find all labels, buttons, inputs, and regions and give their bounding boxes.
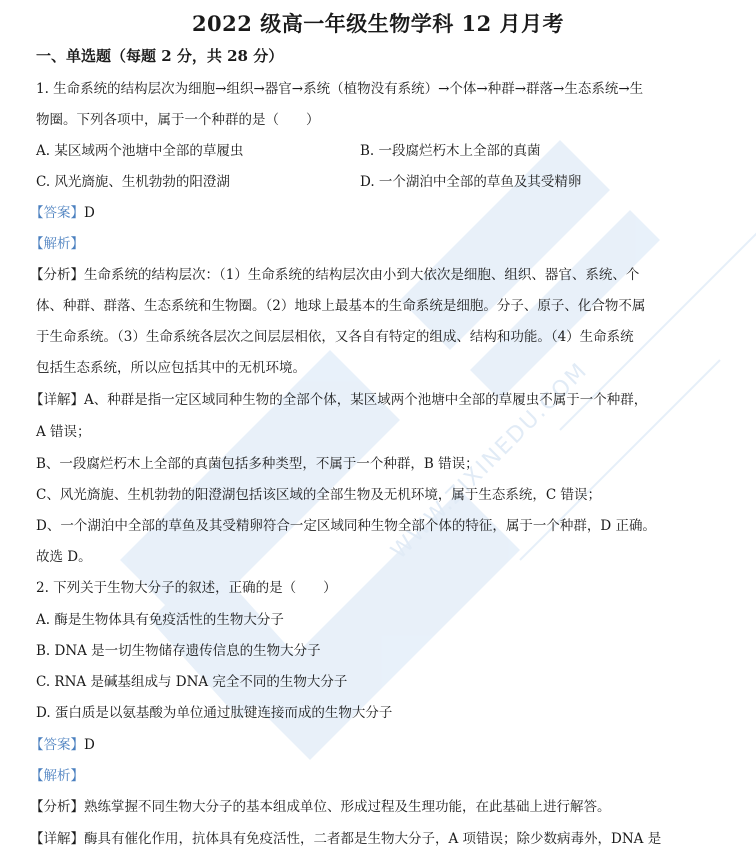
fenxi-text: 生命系统的结构层次：（1）生命系统的结构层次由小到大依次是细胞、组织、器官、系统… — [84, 267, 639, 283]
q1-fenxi-line3: 于生命系统。（3）生命系统各层次之间层层相依，又各自有特定的组成、结构和功能。（… — [36, 328, 634, 346]
q1-option-b: B. 一段腐烂朽木上全部的真菌 — [360, 142, 541, 160]
fenxi-label: 【分析】 — [30, 799, 84, 815]
q1-option-d: D. 一个湖泊中全部的草鱼及其受精卵 — [360, 173, 581, 191]
analysis-label: 【解析】 — [30, 768, 84, 784]
q1-option-c: C. 风光旖旎、生机勃勃的阳澄湖 — [36, 173, 230, 191]
q1-fenxi-line1: 【分析】生命系统的结构层次：（1）生命系统的结构层次由小到大依次是细胞、组织、器… — [30, 266, 639, 284]
q2-option-b: B. DNA 是一切生物储存遗传信息的生物大分子 — [36, 642, 321, 660]
q1-analysis-heading: 【解析】 — [30, 235, 84, 253]
q1-xiangjie-line2: A 错误； — [36, 423, 91, 441]
q2-option-d: D. 蛋白质是以氨基酸为单位通过肽键连接而成的生物大分子 — [36, 704, 392, 722]
xiangjie-label: 【详解】 — [30, 831, 84, 847]
answer-value: D — [84, 205, 95, 221]
section-heading: 一、单选题（每题 2 分，共 28 分） — [36, 47, 283, 65]
q1-fenxi-line2: 体、种群、群落、生态系统和生物圈。（2）地球上最基本的生命系统是细胞。分子、原子… — [36, 297, 645, 315]
xiangjie-text: A、种群是指一定区域同种生物的全部个体，某区域两个池塘中全部的草履虫不属于一个种… — [84, 392, 647, 408]
q1-stem-line2: 物圈。下列各项中，属于一个种群的是（ ） — [36, 111, 320, 129]
q2-answer: 【答案】D — [30, 736, 95, 754]
q1-xiangjie-line6: 故选 D。 — [36, 548, 92, 566]
q2-analysis-heading: 【解析】 — [30, 767, 84, 785]
q2-fenxi-line1: 【分析】熟练掌握不同生物大分子的基本组成单位、形成过程及生理功能，在此基础上进行… — [30, 798, 611, 816]
q1-option-a: A. 某区域两个池塘中全部的草履虫 — [36, 142, 243, 160]
answer-label: 【答案】 — [30, 205, 84, 221]
answer-label: 【答案】 — [30, 737, 84, 753]
q1-xiangjie-line4: C、风光旖旎、生机勃勃的阳澄湖包括该区域的全部生物及无机环境，属于生态系统，C … — [36, 486, 601, 504]
q1-xiangjie-line5: D、一个湖泊中全部的草鱼及其受精卵符合一定区域同种生物全部个体的特征，属于一个种… — [36, 517, 656, 535]
q1-xiangjie-line3: B、一段腐烂朽木上全部的真菌包括多种类型，不属于一个种群，B 错误； — [36, 455, 479, 473]
q1-answer: 【答案】D — [30, 204, 95, 222]
fenxi-text: 熟练掌握不同生物大分子的基本组成单位、形成过程及生理功能，在此基础上进行解答。 — [84, 799, 611, 815]
q1-stem-line1: 1. 生命系统的结构层次为细胞→组织→器官→系统（植物没有系统）→个体→种群→群… — [36, 80, 643, 98]
q2-xiangjie-line1: 【详解】酶具有催化作用，抗体具有免疫活性，二者都是生物大分子，A 项错误；除少数… — [30, 830, 661, 848]
q2-stem-line1: 2. 下列关于生物大分子的叙述，正确的是（ ） — [36, 579, 337, 597]
xiangjie-text: 酶具有催化作用，抗体具有免疫活性，二者都是生物大分子，A 项错误；除少数病毒外，… — [84, 831, 661, 847]
q2-option-c: C. RNA 是碱基组成与 DNA 完全不同的生物大分子 — [36, 673, 347, 691]
document-title: 2022 级高一年级生物学科 12 月月考 — [0, 8, 756, 38]
xiangjie-label: 【详解】 — [30, 392, 84, 408]
q1-xiangjie-line1: 【详解】A、种群是指一定区域同种生物的全部个体，某区域两个池塘中全部的草履虫不属… — [30, 391, 647, 409]
answer-value: D — [84, 737, 95, 753]
analysis-label: 【解析】 — [30, 236, 84, 252]
q2-option-a: A. 酶是生物体具有免疫活性的生物大分子 — [36, 611, 284, 629]
q1-fenxi-line4: 包括生态系统，所以应包括其中的无机环境。 — [36, 359, 306, 377]
fenxi-label: 【分析】 — [30, 267, 84, 283]
